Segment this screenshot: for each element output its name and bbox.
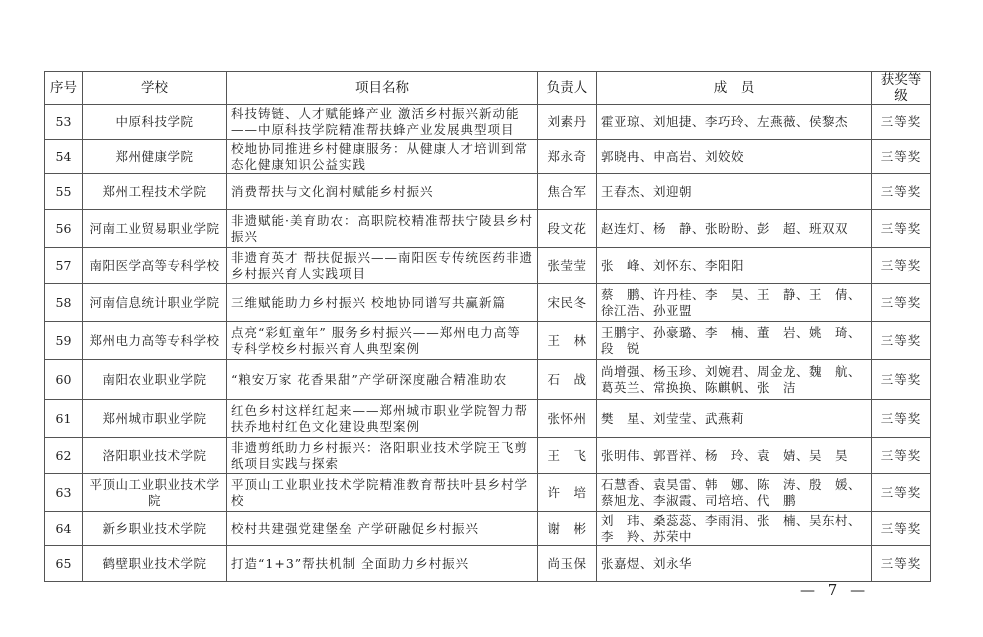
lead-person: 谢 彬	[538, 512, 597, 546]
lead-person: 许 培	[538, 474, 597, 512]
award-level: 三等奖	[872, 360, 931, 400]
project-name: 校地协同推进乡村健康服务：从健康人才培训到常态化健康知识公益实践	[227, 140, 538, 174]
award-level: 三等奖	[872, 474, 931, 512]
row-number: 61	[45, 400, 83, 438]
lead-person: 焦合军	[538, 174, 597, 210]
table-row: 61郑州城市职业学院红色乡村这样红起来——郑州城市职业学院智力帮扶乔地村红色文化…	[45, 400, 931, 438]
lead-person: 尚玉保	[538, 546, 597, 582]
table-row: 59郑州电力高等专科学校点亮“彩虹童年” 服务乡村振兴——郑州电力高等专科学校乡…	[45, 322, 931, 360]
project-name: 点亮“彩虹童年” 服务乡村振兴——郑州电力高等专科学校乡村振兴育人典型案例	[227, 322, 538, 360]
project-name: 校村共建强党建堡垒 产学研融促乡村振兴	[227, 512, 538, 546]
header-school: 学校	[83, 72, 227, 105]
header-award: 获奖等级	[872, 72, 931, 105]
members-list: 郭晓冉、申高岩、刘姣姣	[597, 140, 872, 174]
award-level: 三等奖	[872, 140, 931, 174]
members-list: 张嘉煜、刘永华	[597, 546, 872, 582]
lead-person: 张怀州	[538, 400, 597, 438]
page-number: — 7 —	[800, 581, 869, 599]
row-number: 58	[45, 284, 83, 322]
project-name: 三维赋能助力乡村振兴 校地协同谱写共赢新篇	[227, 284, 538, 322]
members-list: 蔡 鹏、许丹桂、李 昊、王 静、王 倩、徐江浩、孙亚盟	[597, 284, 872, 322]
members-list: 石慧香、袁昊雷、韩 娜、陈 涛、殷 媛、蔡旭龙、李淑霞、司培培、代 鹏	[597, 474, 872, 512]
row-number: 55	[45, 174, 83, 210]
table-row: 64新乡职业技术学院校村共建强党建堡垒 产学研融促乡村振兴谢 彬刘 玮、桑蕊蕊、…	[45, 512, 931, 546]
school-name: 鹤壁职业技术学院	[83, 546, 227, 582]
school-name: 中原科技学院	[83, 105, 227, 140]
row-number: 56	[45, 210, 83, 248]
table-row: 56河南工业贸易职业学院非遗赋能·美育助农：高职院校精准帮扶宁陵县乡村振兴段文花…	[45, 210, 931, 248]
school-name: 河南工业贸易职业学院	[83, 210, 227, 248]
school-name: 郑州健康学院	[83, 140, 227, 174]
school-name: 郑州工程技术学院	[83, 174, 227, 210]
header-lead: 负责人	[538, 72, 597, 105]
members-list: 赵连灯、杨 静、张盼盼、彭 超、班双双	[597, 210, 872, 248]
award-level: 三等奖	[872, 322, 931, 360]
lead-person: 王 林	[538, 322, 597, 360]
table-row: 63平顶山工业职业技术学院平顶山工业职业技术学院精准教育帮扶叶县乡村学校许 培石…	[45, 474, 931, 512]
row-number: 64	[45, 512, 83, 546]
members-list: 王春杰、刘迎朝	[597, 174, 872, 210]
school-name: 新乡职业技术学院	[83, 512, 227, 546]
row-number: 53	[45, 105, 83, 140]
lead-person: 郑永奇	[538, 140, 597, 174]
award-level: 三等奖	[872, 174, 931, 210]
table-row: 54郑州健康学院校地协同推进乡村健康服务：从健康人才培训到常态化健康知识公益实践…	[45, 140, 931, 174]
school-name: 郑州电力高等专科学校	[83, 322, 227, 360]
school-name: 南阳医学高等专科学校	[83, 248, 227, 284]
members-list: 王鹏宇、孙豪璐、李 楠、董 岩、姚 琦、段 锐	[597, 322, 872, 360]
table-row: 62洛阳职业技术学院非遗剪纸助力乡村振兴：洛阳职业技术学院王飞剪纸项目实践与探索…	[45, 438, 931, 474]
members-list: 樊 星、刘莹莹、武燕莉	[597, 400, 872, 438]
project-name: 非遗育英才 帮扶促振兴——南阳医专传统医药非遗乡村振兴育人实践项目	[227, 248, 538, 284]
header-members: 成 员	[597, 72, 872, 105]
project-name: 打造“1+3”帮扶机制 全面助力乡村振兴	[227, 546, 538, 582]
table-row: 65鹤壁职业技术学院打造“1+3”帮扶机制 全面助力乡村振兴尚玉保张嘉煜、刘永华…	[45, 546, 931, 582]
school-name: 郑州城市职业学院	[83, 400, 227, 438]
award-table: 序号 学校 项目名称 负责人 成 员 获奖等级 53中原科技学院科技铸链、人才赋…	[44, 71, 931, 582]
header-number: 序号	[45, 72, 83, 105]
project-name: 红色乡村这样红起来——郑州城市职业学院智力帮扶乔地村红色文化建设典型案例	[227, 400, 538, 438]
award-level: 三等奖	[872, 105, 931, 140]
school-name: 平顶山工业职业技术学院	[83, 474, 227, 512]
project-name: 平顶山工业职业技术学院精准教育帮扶叶县乡村学校	[227, 474, 538, 512]
project-name: 科技铸链、人才赋能蜂产业 激活乡村振兴新动能——中原科技学院精准帮扶蜂产业发展典…	[227, 105, 538, 140]
table-row: 60南阳农业职业学院“粮安万家 花香果甜”产学研深度融合精准助农石 战尚增强、杨…	[45, 360, 931, 400]
award-level: 三等奖	[872, 400, 931, 438]
award-level: 三等奖	[872, 438, 931, 474]
school-name: 南阳农业职业学院	[83, 360, 227, 400]
members-list: 刘 玮、桑蕊蕊、李雨涓、张 楠、吴东村、李 羚、苏荣中	[597, 512, 872, 546]
project-name: 消费帮扶与文化润村赋能乡村振兴	[227, 174, 538, 210]
award-level: 三等奖	[872, 248, 931, 284]
table-row: 53中原科技学院科技铸链、人才赋能蜂产业 激活乡村振兴新动能——中原科技学院精准…	[45, 105, 931, 140]
lead-person: 刘素丹	[538, 105, 597, 140]
project-name: “粮安万家 花香果甜”产学研深度融合精准助农	[227, 360, 538, 400]
members-list: 霍亚琼、刘旭捷、李巧玲、左燕薇、侯黎杰	[597, 105, 872, 140]
award-level: 三等奖	[872, 546, 931, 582]
award-level: 三等奖	[872, 512, 931, 546]
row-number: 57	[45, 248, 83, 284]
lead-person: 王 飞	[538, 438, 597, 474]
lead-person: 段文花	[538, 210, 597, 248]
table-row: 57南阳医学高等专科学校非遗育英才 帮扶促振兴——南阳医专传统医药非遗乡村振兴育…	[45, 248, 931, 284]
lead-person: 石 战	[538, 360, 597, 400]
award-level: 三等奖	[872, 210, 931, 248]
row-number: 63	[45, 474, 83, 512]
row-number: 54	[45, 140, 83, 174]
members-list: 张 峰、刘怀东、李阳阳	[597, 248, 872, 284]
project-name: 非遗剪纸助力乡村振兴：洛阳职业技术学院王飞剪纸项目实践与探索	[227, 438, 538, 474]
project-name: 非遗赋能·美育助农：高职院校精准帮扶宁陵县乡村振兴	[227, 210, 538, 248]
table-header-row: 序号 学校 项目名称 负责人 成 员 获奖等级	[45, 72, 931, 105]
row-number: 59	[45, 322, 83, 360]
lead-person: 宋民冬	[538, 284, 597, 322]
school-name: 洛阳职业技术学院	[83, 438, 227, 474]
lead-person: 张莹莹	[538, 248, 597, 284]
header-project: 项目名称	[227, 72, 538, 105]
members-list: 尚增强、杨玉珍、刘婉君、周金龙、魏 航、葛英兰、常换换、陈麒帆、张 洁	[597, 360, 872, 400]
row-number: 62	[45, 438, 83, 474]
school-name: 河南信息统计职业学院	[83, 284, 227, 322]
table-row: 55郑州工程技术学院消费帮扶与文化润村赋能乡村振兴焦合军王春杰、刘迎朝三等奖	[45, 174, 931, 210]
members-list: 张明伟、郭晋祥、杨 玲、袁 婧、吴 昊	[597, 438, 872, 474]
row-number: 65	[45, 546, 83, 582]
award-level: 三等奖	[872, 284, 931, 322]
row-number: 60	[45, 360, 83, 400]
table-row: 58河南信息统计职业学院三维赋能助力乡村振兴 校地协同谱写共赢新篇宋民冬蔡 鹏、…	[45, 284, 931, 322]
